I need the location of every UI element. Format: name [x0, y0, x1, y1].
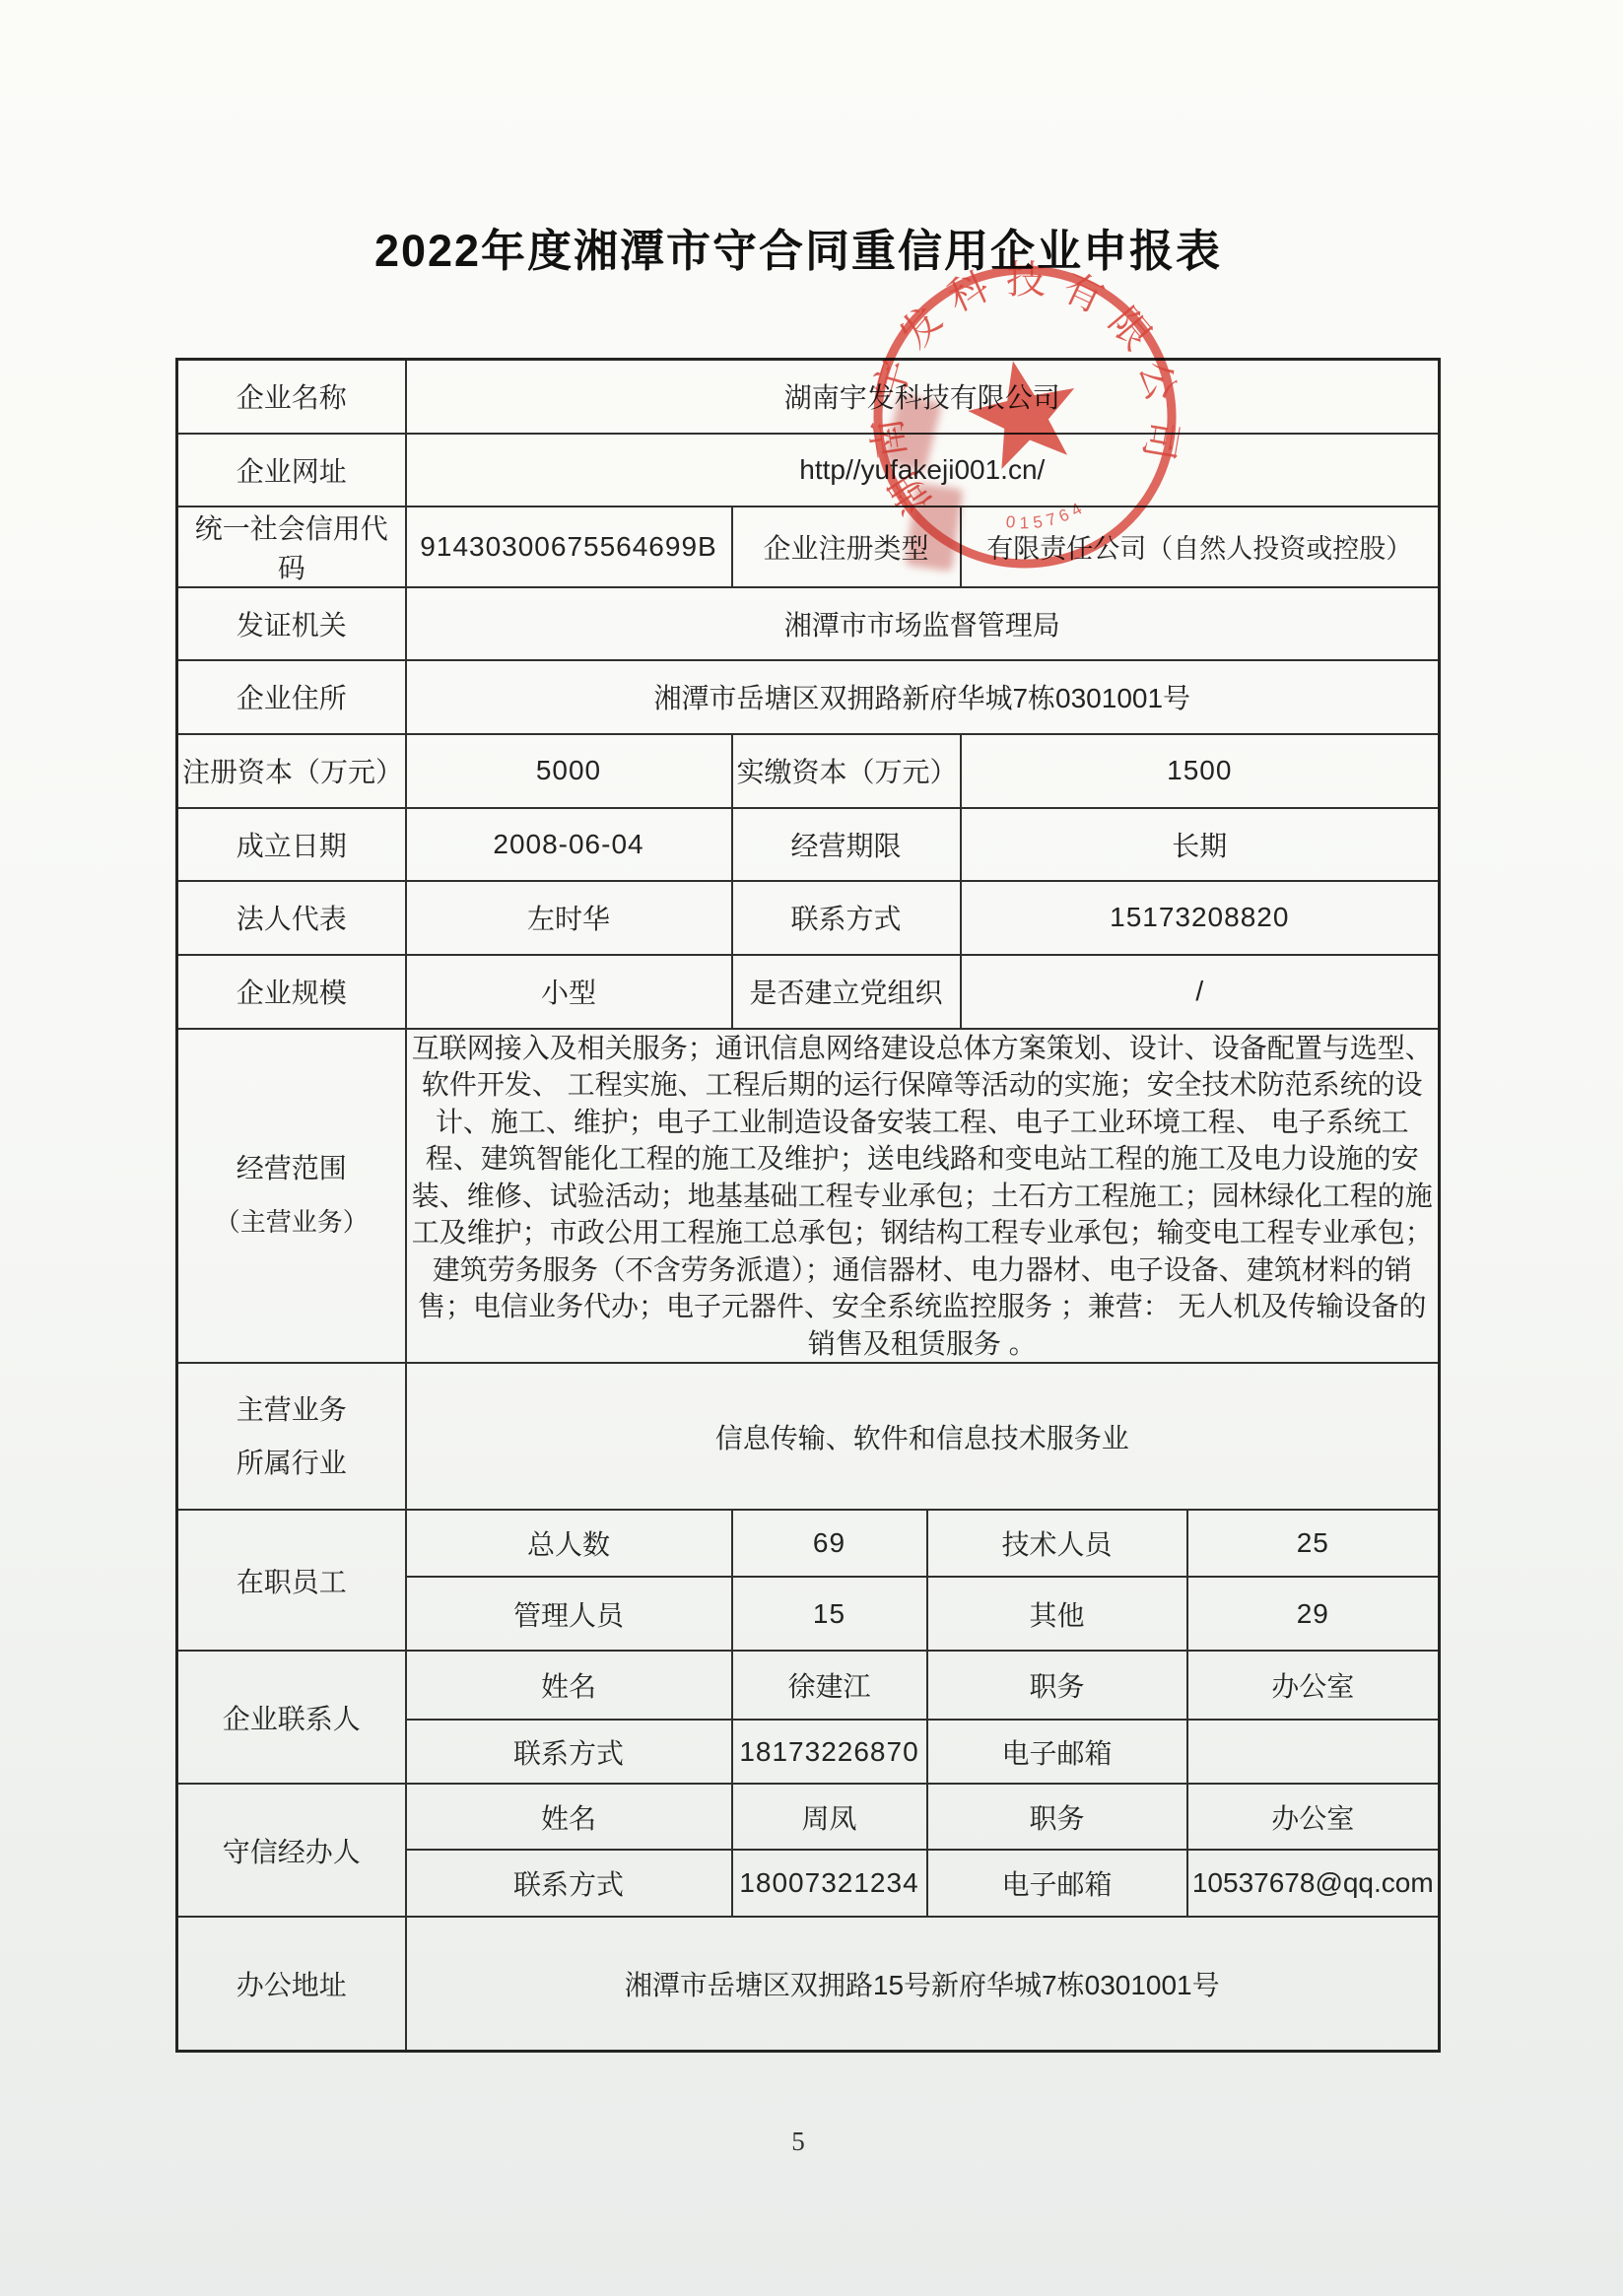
row-credit-code: 统一社会信用代码 91430300675564699B 企业注册类型 有限责任公…: [177, 506, 1440, 587]
form-title: 2022年度湘潭市守合同重信用企业申报表: [0, 215, 1596, 279]
employees-mgmt-value: 15: [732, 1577, 927, 1651]
employees-tech-value: 25: [1187, 1510, 1440, 1577]
row-contact-1: 企业联系人 姓名 徐建江 职务 办公室: [177, 1651, 1440, 1720]
residence-label: 企业住所: [177, 660, 406, 734]
credit-code-value: 91430300675564699B: [406, 506, 732, 587]
registered-capital-label: 注册资本（万元）: [177, 734, 406, 808]
employees-mgmt-label: 管理人员: [406, 1577, 732, 1651]
row-company-name: 企业名称 湖南宇发科技有限公司: [177, 360, 1440, 434]
website-value: http//yufakeji001.cn/: [406, 434, 1440, 506]
business-scope-text: 互联网接入及相关服务；通讯信息网络建设总体方案策划、设计、设备配置与选型、软件开…: [406, 1029, 1440, 1364]
row-employees-1: 在职员工 总人数 69 技术人员 25: [177, 1510, 1440, 1577]
office-address-label: 办公地址: [177, 1917, 406, 2051]
company-scale-label: 企业规模: [177, 955, 406, 1029]
scanned-document-page: 2022年度湘潭市守合同重信用企业申报表 企业名称 湖南宇发科技有限公司 企业网…: [0, 0, 1623, 2296]
contact-email-value: [1187, 1720, 1440, 1784]
office-address-value: 湘潭市岳塘区双拥路15号新府华城7栋0301001号: [406, 1917, 1440, 2051]
party-org-value: /: [961, 955, 1440, 1029]
agent-email-value: 10537678@qq.com: [1187, 1850, 1440, 1917]
contact-title-label: 职务: [927, 1651, 1187, 1720]
employees-other-label: 其他: [927, 1577, 1187, 1651]
employees-total-value: 69: [732, 1510, 927, 1577]
agent-phone-value: 18007321234: [732, 1850, 927, 1917]
row-capital: 注册资本（万元） 5000 实缴资本（万元） 1500: [177, 734, 1440, 808]
business-scope-label: 经营范围 （主营业务）: [177, 1029, 406, 1364]
contact-email-label: 电子邮箱: [927, 1720, 1187, 1784]
credit-agent-label: 守信经办人: [177, 1784, 406, 1917]
row-industry: 主营业务 所属行业 信息传输、软件和信息技术服务业: [177, 1363, 1440, 1510]
contact-name-value: 徐建江: [732, 1651, 927, 1720]
industry-label: 主营业务 所属行业: [177, 1363, 406, 1510]
agent-email-label: 电子邮箱: [927, 1850, 1187, 1917]
row-business-scope: 经营范围 （主营业务） 互联网接入及相关服务；通讯信息网络建设总体方案策划、设计…: [177, 1029, 1440, 1364]
business-term-value: 长期: [961, 808, 1440, 881]
row-founded: 成立日期 2008-06-04 经营期限 长期: [177, 808, 1440, 881]
business-scope-label-line2: （主营业务）: [182, 1202, 401, 1242]
industry-value: 信息传输、软件和信息技术服务业: [406, 1363, 1440, 1510]
agent-name-label: 姓名: [406, 1784, 732, 1850]
row-legal-rep: 法人代表 左时华 联系方式 15173208820: [177, 881, 1440, 955]
paid-capital-label: 实缴资本（万元）: [732, 734, 961, 808]
founding-date-label: 成立日期: [177, 808, 406, 881]
registration-type-label: 企业注册类型: [732, 506, 961, 587]
contact-title-value: 办公室: [1187, 1651, 1440, 1720]
legal-rep-contact-label: 联系方式: [732, 881, 961, 955]
industry-label-line2: 所属行业: [182, 1444, 401, 1483]
employees-tech-label: 技术人员: [927, 1510, 1187, 1577]
registered-capital-value: 5000: [406, 734, 732, 808]
employees-other-value: 29: [1187, 1577, 1440, 1651]
registration-type-value: 有限责任公司（自然人投资或控股）: [961, 506, 1440, 587]
agent-title-label: 职务: [927, 1784, 1187, 1850]
agent-title-value: 办公室: [1187, 1784, 1440, 1850]
legal-rep-value: 左时华: [406, 881, 732, 955]
agent-phone-label: 联系方式: [406, 1850, 732, 1917]
company-scale-value: 小型: [406, 955, 732, 1029]
credit-code-label: 统一社会信用代码: [177, 506, 406, 587]
contact-phone-value: 18173226870: [732, 1720, 927, 1784]
authority-label: 发证机关: [177, 587, 406, 660]
business-term-label: 经营期限: [732, 808, 961, 881]
label-spacer: [182, 1430, 401, 1444]
founding-date-value: 2008-06-04: [406, 808, 732, 881]
legal-rep-contact-value: 15173208820: [961, 881, 1440, 955]
application-form-table: 企业名称 湖南宇发科技有限公司 企业网址 http//yufakeji001.c…: [175, 358, 1441, 2053]
employees-total-label: 总人数: [406, 1510, 732, 1577]
party-org-label: 是否建立党组织: [732, 955, 961, 1029]
row-residence: 企业住所 湘潭市岳塘区双拥路新府华城7栋0301001号: [177, 660, 1440, 734]
business-scope-label-line1: 经营范围: [182, 1149, 401, 1188]
row-authority: 发证机关 湘潭市市场监督管理局: [177, 587, 1440, 660]
row-website: 企业网址 http//yufakeji001.cn/: [177, 434, 1440, 506]
company-name-label: 企业名称: [177, 360, 406, 434]
row-agent-1: 守信经办人 姓名 周凤 职务 办公室: [177, 1784, 1440, 1850]
industry-label-line1: 主营业务: [182, 1390, 401, 1430]
authority-value: 湘潭市市场监督管理局: [406, 587, 1440, 660]
row-scale: 企业规模 小型 是否建立党组织 /: [177, 955, 1440, 1029]
legal-rep-label: 法人代表: [177, 881, 406, 955]
contact-person-label: 企业联系人: [177, 1651, 406, 1784]
agent-name-value: 周凤: [732, 1784, 927, 1850]
label-spacer: [182, 1188, 401, 1202]
contact-phone-label: 联系方式: [406, 1720, 732, 1784]
website-label: 企业网址: [177, 434, 406, 506]
contact-name-label: 姓名: [406, 1651, 732, 1720]
row-office-address: 办公地址 湘潭市岳塘区双拥路15号新府华城7栋0301001号: [177, 1917, 1440, 2051]
company-name-value: 湖南宇发科技有限公司: [406, 360, 1440, 434]
residence-value: 湘潭市岳塘区双拥路新府华城7栋0301001号: [406, 660, 1440, 734]
employees-label: 在职员工: [177, 1510, 406, 1651]
paid-capital-value: 1500: [961, 734, 1440, 808]
page-number: 5: [690, 2127, 907, 2157]
